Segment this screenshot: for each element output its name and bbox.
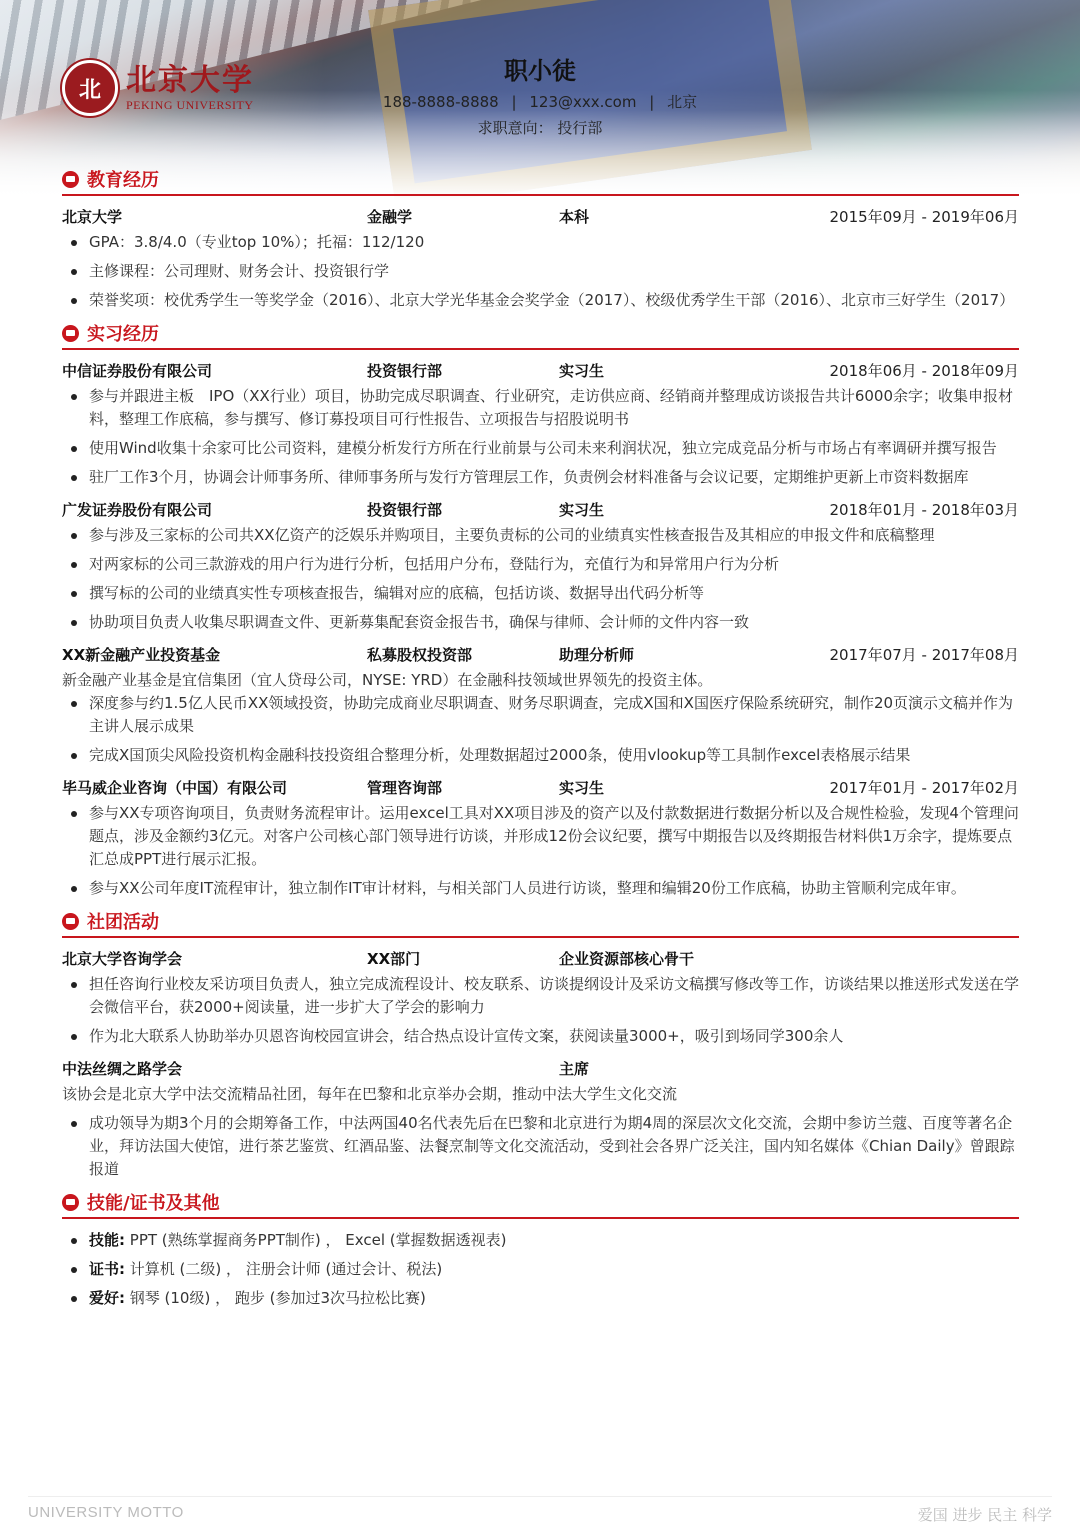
section-title: 教育经历 xyxy=(87,166,159,192)
organization-description: 该协会是北京大学中法交流精品社团，每年在巴黎和北京举办会期，推动中法大学生文化交… xyxy=(62,1083,1019,1106)
role: 主席 xyxy=(559,1058,759,1079)
award-icon xyxy=(62,1194,79,1211)
list-item: 作为北大联系人协助举办贝恩咨询校园宣讲会，结合热点设计宣传文案，获阅读量3000… xyxy=(62,1025,1019,1048)
degree: 本科 xyxy=(559,206,759,227)
entry-header: 广发证券股份有限公司 投资银行部 实习生 2018年01月 - 2018年03月 xyxy=(62,495,1019,524)
section-title: 社团活动 xyxy=(87,908,159,934)
phone: 188-8888-8888 xyxy=(383,93,499,111)
list-item: GPA：3.8/4.0（专业top 10%）；托福：112/120 xyxy=(62,231,1019,254)
cert-value: 计算机 (二级) ， 注册会计师 (通过会计、税法) xyxy=(125,1260,442,1278)
footer-divider xyxy=(28,1496,1052,1497)
contact-line: 188-8888-8888 | 123@xxx.com | 北京 xyxy=(0,91,1080,113)
cert-key: 证书: xyxy=(89,1260,125,1278)
resume-content: 教育经历 北京大学 金融学 本科 2015年09月 - 2019年06月 GPA… xyxy=(62,164,1019,1316)
list-item: 担任咨询行业校友采访项目负责人，独立完成流程设计、校友联系、访谈提纲设计及采访文… xyxy=(62,973,1019,1019)
list-item: 证书: 计算机 (二级) ， 注册会计师 (通过会计、税法) xyxy=(62,1258,1019,1281)
job-intent: 求职意向： 投行部 xyxy=(0,117,1080,139)
role: 实习生 xyxy=(559,360,759,381)
section-header-education: 教育经历 xyxy=(62,164,1019,196)
internship-entry: XX新金融产业投资基金 私募股权投资部 助理分析师 2017年07月 - 201… xyxy=(62,640,1019,767)
section-header-internship: 实习经历 xyxy=(62,318,1019,350)
list-item: 爱好: 钢琴 (10级) ， 跑步 (参加过3次马拉松比赛) xyxy=(62,1287,1019,1310)
entry-header: 中法丝绸之路学会 主席 xyxy=(62,1054,1019,1083)
list-item: 参与涉及三家标的公司共XX亿资产的泛娱乐并购项目，主要负责标的公司的业绩真实性核… xyxy=(62,524,1019,547)
footer-motto: 爱国 进步 民主 科学 xyxy=(918,1504,1052,1525)
skills-list: 技能: PPT (熟练掌握商务PPT制作) ， Excel (掌握数据透视表) … xyxy=(62,1229,1019,1310)
internship-entry: 广发证券股份有限公司 投资银行部 实习生 2018年01月 - 2018年03月… xyxy=(62,495,1019,634)
date-range: 2018年06月 - 2018年09月 xyxy=(759,360,1019,381)
department: 管理咨询部 xyxy=(367,777,559,798)
intent-label: 求职意向： xyxy=(478,119,553,137)
briefcase-icon xyxy=(62,325,79,342)
personal-info: 职小徒 188-8888-8888 | 123@xxx.com | 北京 求职意… xyxy=(0,55,1080,139)
date-range: 2018年01月 - 2018年03月 xyxy=(759,499,1019,520)
company-description: 新金融产业基金是宜信集团（宜人贷母公司，NYSE: YRD）在金融科技领域世界领… xyxy=(62,669,1019,692)
entry-header: XX新金融产业投资基金 私募股权投资部 助理分析师 2017年07月 - 201… xyxy=(62,640,1019,669)
list-item: 技能: PPT (熟练掌握商务PPT制作) ， Excel (掌握数据透视表) xyxy=(62,1229,1019,1252)
footer-motto-label: UNIVERSITY MOTTO xyxy=(28,1504,184,1521)
company: 中信证券股份有限公司 xyxy=(62,360,367,381)
separator: | xyxy=(512,93,517,111)
list-item: 参与XX专项咨询项目，负责财务流程审计。运用excel工具对XX项目涉及的资产以… xyxy=(62,802,1019,871)
internship-entry: 中信证券股份有限公司 投资银行部 实习生 2018年06月 - 2018年09月… xyxy=(62,356,1019,489)
organization: 北京大学咨询学会 xyxy=(62,948,367,969)
role: 实习生 xyxy=(559,777,759,798)
list-item: 荣誉奖项：校优秀学生一等奖学金（2016）、北京大学光华基金会奖学金（2017）… xyxy=(62,289,1019,312)
list-item: 成功领导为期3个月的会期筹备工作，中法两国40名代表先后在巴黎和北京进行为期4周… xyxy=(62,1112,1019,1181)
date-range: 2017年01月 - 2017年02月 xyxy=(759,777,1019,798)
internship-entry: 毕马威企业咨询（中国）有限公司 管理咨询部 实习生 2017年01月 - 201… xyxy=(62,773,1019,900)
list-item: 参与并跟进主板 IPO（XX行业）项目，协助完成尽职调查、行业研究，走访供应商、… xyxy=(62,385,1019,431)
department: 私募股权投资部 xyxy=(367,644,559,665)
major: 金融学 xyxy=(367,206,559,227)
role: 助理分析师 xyxy=(559,644,759,665)
company: 广发证券股份有限公司 xyxy=(62,499,367,520)
section-title: 技能/证书及其他 xyxy=(87,1189,220,1215)
activity-entry: 中法丝绸之路学会 主席 该协会是北京大学中法交流精品社团，每年在巴黎和北京举办会… xyxy=(62,1054,1019,1181)
list-item: 深度参与约1.5亿人民币XX领域投资，协助完成商业尽职调查、财务尽职调查，完成X… xyxy=(62,692,1019,738)
role: 企业资源部核心骨干 xyxy=(559,948,859,969)
department: 投资银行部 xyxy=(367,360,559,381)
hobby-key: 爱好: xyxy=(89,1289,125,1307)
list-item: 驻厂工作3个月，协调会计师事务所、律师事务所与发行方管理层工作，负责例会材料准备… xyxy=(62,466,1019,489)
separator: | xyxy=(649,93,654,111)
section-title: 实习经历 xyxy=(87,320,159,346)
list-item: 撰写标的公司的业绩真实性专项核查报告，编辑对应的底稿，包括访谈、数据导出代码分析… xyxy=(62,582,1019,605)
hobby-value: 钢琴 (10级) ， 跑步 (参加过3次马拉松比赛) xyxy=(125,1289,426,1307)
department: XX部门 xyxy=(367,948,559,969)
entry-header: 北京大学咨询学会 XX部门 企业资源部核心骨干 xyxy=(62,944,1019,973)
activity-entry: 北京大学咨询学会 XX部门 企业资源部核心骨干 担任咨询行业校友采访项目负责人，… xyxy=(62,944,1019,1048)
intent-value: 投行部 xyxy=(557,119,602,137)
department: 投资银行部 xyxy=(367,499,559,520)
entry-header: 中信证券股份有限公司 投资银行部 实习生 2018年06月 - 2018年09月 xyxy=(62,356,1019,385)
list-item: 参与XX公司年度IT流程审计，独立制作IT审计材料，与相关部门人员进行访谈，整理… xyxy=(62,877,1019,900)
company: 毕马威企业咨询（中国）有限公司 xyxy=(62,777,367,798)
entry-header: 北京大学 金融学 本科 2015年09月 - 2019年06月 xyxy=(62,202,1019,231)
company: XX新金融产业投资基金 xyxy=(62,644,367,665)
list-item: 主修课程：公司理财、财务会计、投资银行学 xyxy=(62,260,1019,283)
section-header-skills: 技能/证书及其他 xyxy=(62,1187,1019,1219)
list-item: 对两家标的公司三款游戏的用户行为进行分析，包括用户分布，登陆行为，充值行为和异常… xyxy=(62,553,1019,576)
city: 北京 xyxy=(667,93,697,111)
education-entry: 北京大学 金融学 本科 2015年09月 - 2019年06月 GPA：3.8/… xyxy=(62,202,1019,312)
entry-header: 毕马威企业咨询（中国）有限公司 管理咨询部 实习生 2017年01月 - 201… xyxy=(62,773,1019,802)
megaphone-icon xyxy=(62,913,79,930)
date-range: 2017年07月 - 2017年08月 xyxy=(759,644,1019,665)
date-range: 2015年09月 - 2019年06月 xyxy=(759,206,1019,227)
graduation-cap-icon xyxy=(62,171,79,188)
candidate-name: 职小徒 xyxy=(0,55,1080,87)
list-item: 完成X国顶尖风险投资机构金融科技投资组合整理分析，处理数据超过2000条，使用v… xyxy=(62,744,1019,767)
skill-value: PPT (熟练掌握商务PPT制作) ， Excel (掌握数据透视表) xyxy=(125,1231,507,1249)
school: 北京大学 xyxy=(62,206,367,227)
organization: 中法丝绸之路学会 xyxy=(62,1058,367,1079)
skill-key: 技能: xyxy=(89,1231,125,1249)
list-item: 协助项目负责人收集尽职调查文件、更新募集配套资金报告书，确保与律师、会计师的文件… xyxy=(62,611,1019,634)
section-header-activities: 社团活动 xyxy=(62,906,1019,938)
list-item: 使用Wind收集十余家可比公司资料，建模分析发行方所在行业前景与公司未来利润状况… xyxy=(62,437,1019,460)
email: 123@xxx.com xyxy=(529,93,636,111)
role: 实习生 xyxy=(559,499,759,520)
